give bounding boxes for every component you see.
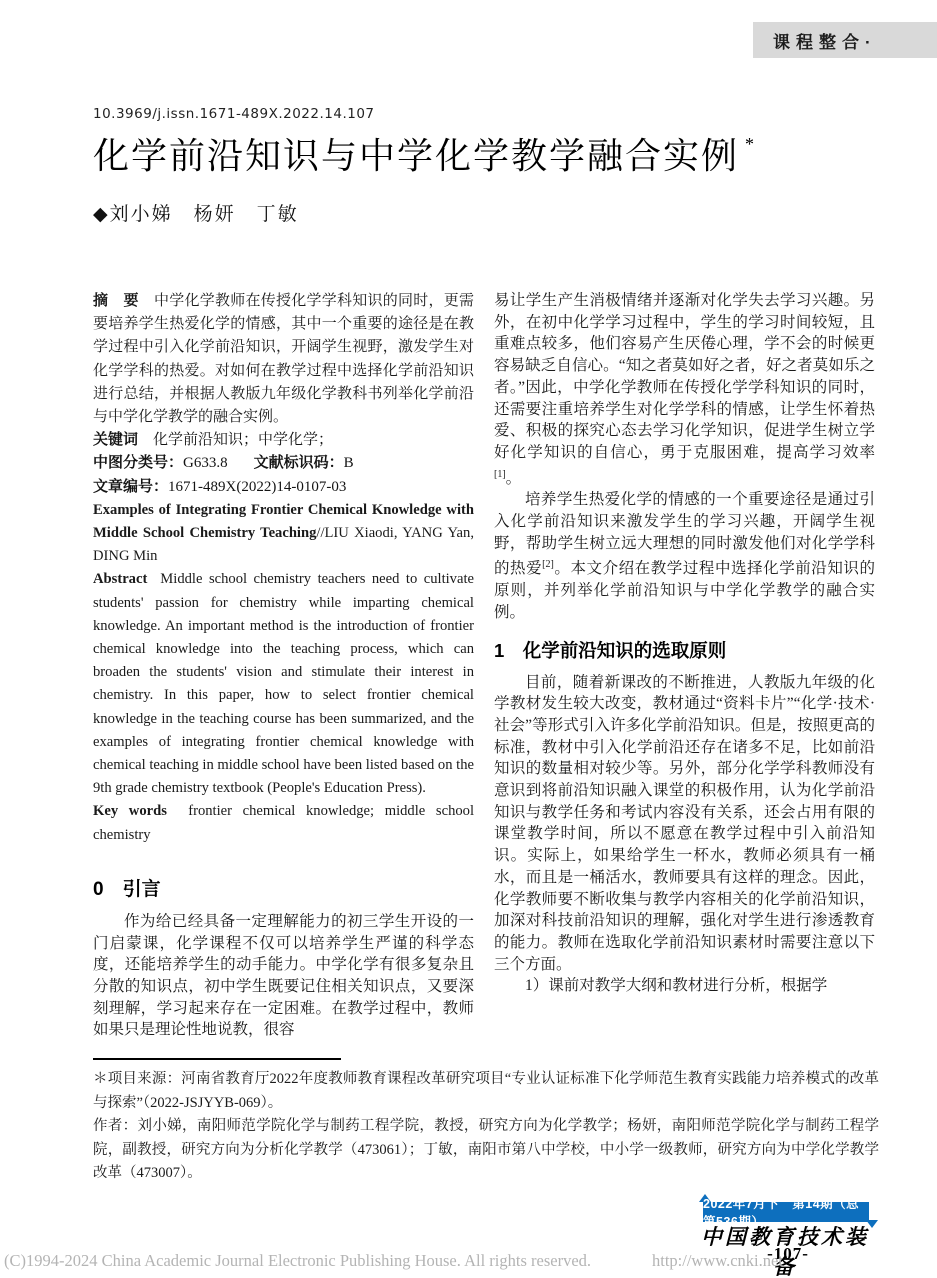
journal-page: 课程整合· 10.3969/j.issn.1671-489X.2022.14.1…	[0, 0, 937, 1278]
abstract-en: Abstract Middle school chemistry teacher…	[93, 568, 474, 800]
intro-paragraph-text: 易让学生产生消极情绪并逐渐对化学失去学习兴趣。另外，在初中化学学习过程中，学生的…	[494, 292, 875, 461]
copyright-watermark: (C)1994-2024 China Academic Journal Elec…	[4, 1251, 591, 1271]
keywords-cn-text: 化学前沿知识；中学化学；	[153, 432, 333, 448]
clc-label: 中图分类号：	[93, 455, 183, 471]
reference-1-marker: [1]	[494, 469, 506, 480]
doc-code-value: B	[344, 455, 354, 471]
abstract-en-text: Middle school chemistry teachers need to…	[93, 571, 474, 796]
article-id-line: 文章编号：1671-489X(2022)14-0107-03	[93, 476, 474, 499]
section-0-paragraph: 作为给已经具备一定理解能力的初三学生开设的一门启蒙课，化学课程不仅可以培养学生严…	[93, 911, 474, 1041]
doi-number: 10.3969/j.issn.1671-489X.2022.14.107	[93, 106, 375, 122]
keywords-en: Key words frontier chemical knowledge; m…	[93, 800, 474, 846]
clc-value: G633.8	[183, 455, 228, 471]
article-id-label: 文章编号：	[93, 479, 168, 495]
article-title-text: 化学前沿知识与中学化学教学融合实例	[93, 136, 739, 176]
right-column: 易让学生产生消极情绪并逐渐对化学失去学习兴趣。另外，在初中化学学习过程中，学生的…	[494, 290, 875, 1041]
authors-line: ◆刘小娣 杨妍 丁敏	[93, 199, 299, 226]
column-section-tag: 课程整合·	[753, 22, 937, 58]
keywords-cn: 关键词 化学前沿知识；中学化学；	[93, 429, 474, 452]
footnote-divider	[93, 1058, 341, 1060]
abstract-cn: 摘 要 中学化学教师在传授化学学科知识的同时，更需要培养学生热爱化学的情感，其中…	[93, 290, 474, 429]
left-column: 摘 要 中学化学教师在传授化学学科知识的同时，更需要培养学生热爱化学的情感，其中…	[93, 290, 474, 1041]
intro-paragraph-end: 。	[506, 470, 522, 487]
cnki-url-watermark: http://www.cnki.net	[652, 1251, 783, 1271]
section-1-paragraph: 目前，随着新课改的不断推进，人教版九年级的化学教材发生较大改变，教材通过“资料卡…	[494, 672, 875, 976]
keywords-cn-label: 关键词	[93, 432, 138, 448]
footnote-block: ＊项目来源：河南省教育厅2022年度教师教育课程改革研究项目“专业认证标准下化学…	[93, 1058, 879, 1186]
keywords-en-label: Key words	[93, 803, 167, 819]
section-0-heading: 0 引言	[93, 874, 474, 901]
clc-line: 中图分类号：G633.8文献标识码：B	[93, 452, 474, 475]
section-1-heading: 1 化学前沿知识的选取原则	[494, 637, 875, 663]
article-id-value: 1671-489X(2022)14-0107-03	[168, 479, 346, 495]
reference-2-marker: [2]	[542, 559, 554, 570]
abstract-cn-text: 中学化学教师在传授化学学科知识的同时，更需要培养学生热爱化学的情感，其中一个重要…	[93, 293, 474, 425]
abstract-en-label: Abstract	[93, 571, 147, 587]
intro-paragraph-2: 培养学生热爱化学的情感的一个重要途径是通过引入化学前沿知识来激发学生的学习兴趣，…	[494, 489, 875, 623]
doc-code-label: 文献标识码：	[254, 455, 344, 471]
footnote-project: ＊项目来源：河南省教育厅2022年度教师教育课程改革研究项目“专业认证标准下化学…	[93, 1068, 879, 1115]
two-column-body: 摘 要 中学化学教师在传授化学学科知识的同时，更需要培养学生热爱化学的情感，其中…	[93, 290, 875, 1041]
title-footnote-marker: *	[745, 134, 756, 154]
issue-banner: 2022年7月下 第14期（总第536期）	[703, 1202, 869, 1222]
intro-paragraph-continued: 易让学生产生消极情绪并逐渐对化学失去学习兴趣。另外，在初中化学学习过程中，学生的…	[494, 290, 875, 489]
footnote-authors: 作者：刘小娣，南阳师范学院化学与制药工程学院，教授，研究方向为化学教学；杨妍，南…	[93, 1115, 879, 1186]
article-title: 化学前沿知识与中学化学教学融合实例*	[93, 128, 756, 179]
title-en: Examples of Integrating Frontier Chemica…	[93, 499, 474, 569]
section-1-item-1: 1）课前对教学大纲和教材进行分析，根据学	[494, 975, 875, 997]
abstract-cn-label: 摘 要	[93, 293, 139, 309]
